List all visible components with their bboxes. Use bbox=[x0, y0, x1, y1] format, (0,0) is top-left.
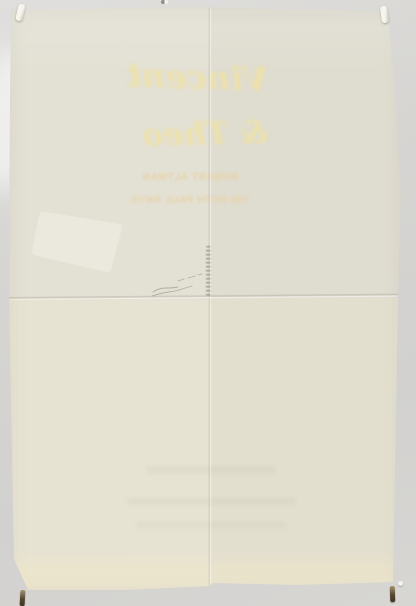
pin-bottom-right bbox=[390, 586, 396, 602]
photo-backdrop: Vincent & Theo ROBERT ALTMAN TIM ROTH PA… bbox=[0, 0, 416, 606]
pin-top-right bbox=[380, 6, 389, 24]
wall-speck bbox=[161, 0, 168, 4]
poster-back: Vincent & Theo ROBERT ALTMAN TIM ROTH PA… bbox=[6, 6, 404, 598]
pin-highlight-dot bbox=[398, 581, 403, 586]
pin-bottom-left bbox=[20, 590, 26, 606]
paper-shading bbox=[6, 6, 404, 598]
